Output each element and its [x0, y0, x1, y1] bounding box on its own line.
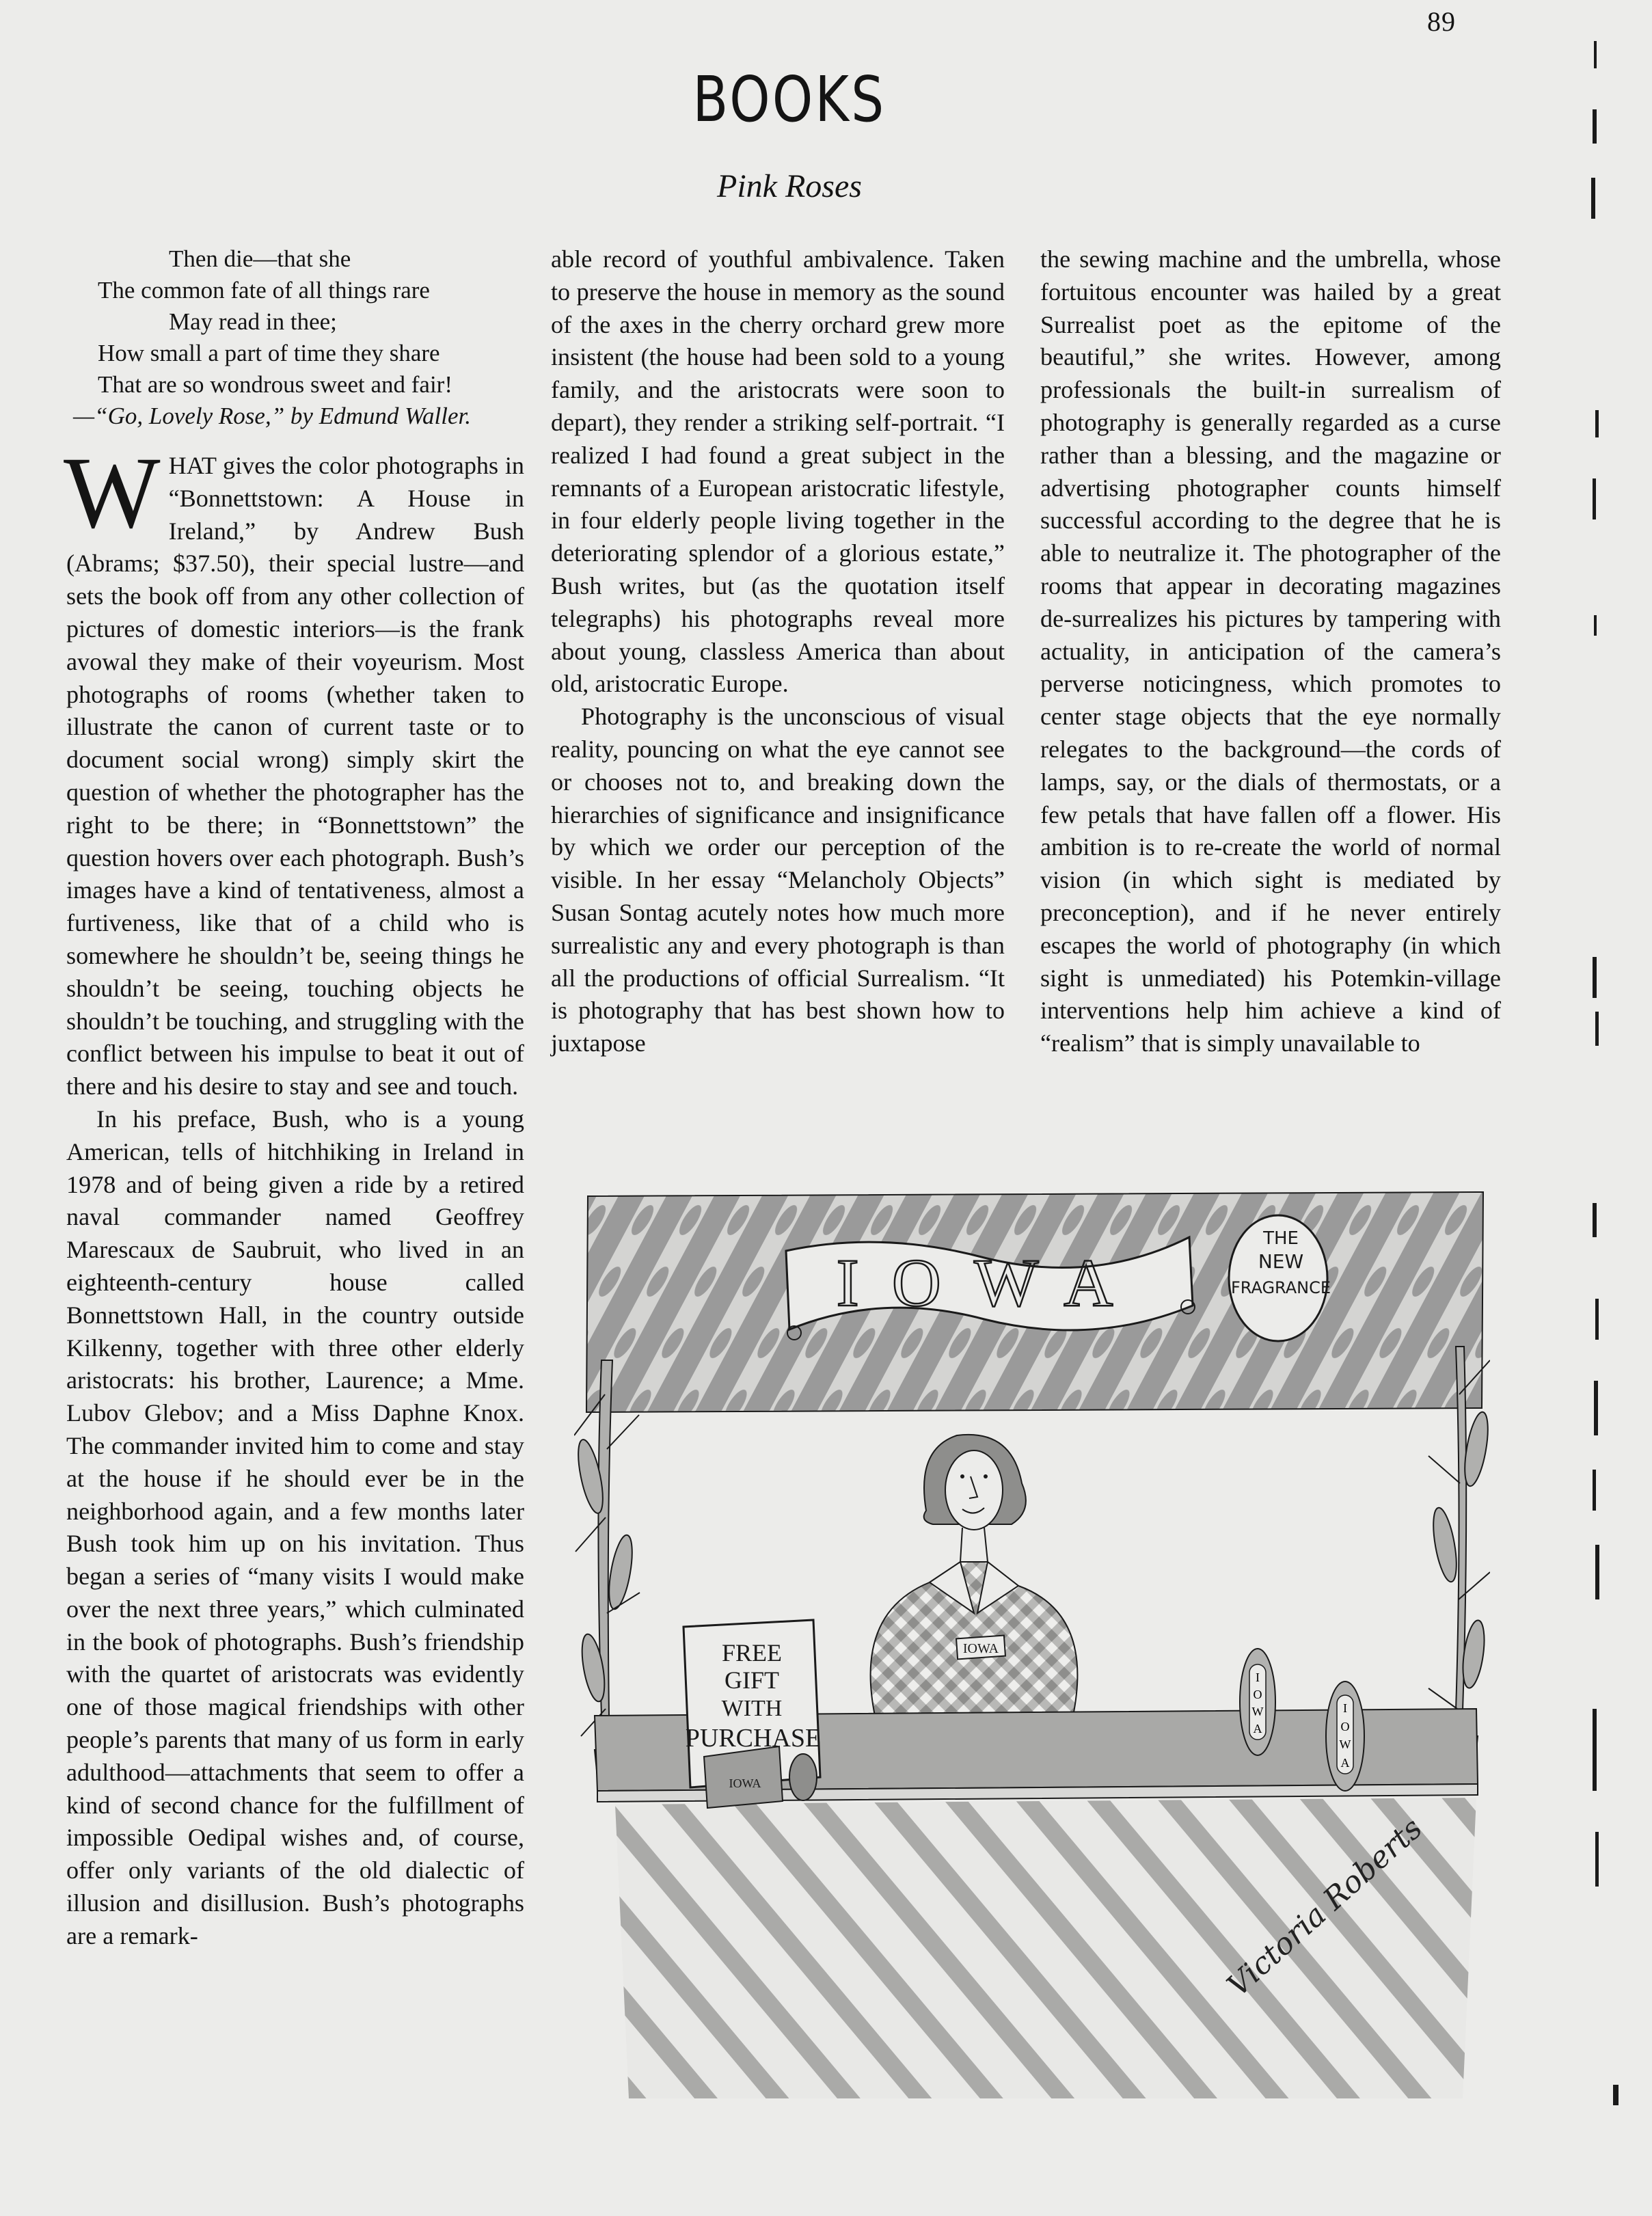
paragraph: Photography is the unconscious of visual…	[551, 701, 1005, 1060]
paragraph: the sewing machine and the umbrella, who…	[1040, 243, 1501, 1060]
paragraph: WHAT gives the color photographs in “Bon…	[66, 450, 524, 1103]
epigraph-line: How small a part of time they share	[66, 338, 526, 369]
name-tag-text: IOWA	[963, 1641, 999, 1656]
svg-text:THE: THE	[1262, 1228, 1299, 1249]
paragraph-text: HAT gives the color photographs in “Bonn…	[66, 452, 524, 1100]
article-title: Pink Roses	[642, 167, 936, 205]
epigraph-line: Then die—that she	[66, 243, 526, 275]
epigraph-line: May read in thee;	[66, 306, 526, 338]
svg-text:A: A	[1341, 1756, 1350, 1770]
paragraph: In his preface, Bush, who is a young Ame…	[66, 1103, 524, 1953]
svg-text:PURCHASE: PURCHASE	[686, 1724, 822, 1753]
section-title: BOOKS	[669, 63, 910, 136]
epigraph-line: That are so wondrous sweet and fair!	[66, 369, 526, 401]
svg-text:FREE: FREE	[722, 1639, 782, 1666]
column-1: WHAT gives the color photographs in “Bon…	[66, 450, 524, 1953]
epigraph-line: The common fate of all things rare	[66, 275, 526, 306]
svg-text:I: I	[1256, 1671, 1260, 1684]
svg-text:FRAGRANCE: FRAGRANCE	[1231, 1278, 1331, 1297]
svg-text:O: O	[1341, 1720, 1350, 1733]
svg-text:A: A	[1254, 1722, 1262, 1735]
svg-text:W: W	[1340, 1738, 1351, 1751]
drop-cap: W	[64, 452, 161, 533]
epigraph: Then die—that she The common fate of all…	[66, 243, 526, 432]
page-number: 89	[1427, 5, 1456, 38]
svg-text:GIFT: GIFT	[725, 1666, 779, 1694]
column-2: able record of youthful ambivalence. Tak…	[551, 243, 1005, 1060]
cartoon-illustration: IOWA THE NEW FRAGRANCE	[574, 1189, 1490, 2105]
svg-text:WITH: WITH	[722, 1696, 783, 1721]
banner-text: IOWA	[836, 1245, 1146, 1321]
paragraph: able record of youthful ambivalence. Tak…	[551, 243, 1005, 701]
column-3: the sewing machine and the umbrella, who…	[1040, 243, 1501, 1060]
svg-text:W: W	[1252, 1705, 1264, 1718]
scan-edge-marks	[1572, 0, 1652, 2216]
epigraph-attribution: —“Go, Lovely Rose,” by Edmund Waller.	[66, 401, 526, 432]
svg-text:I: I	[1343, 1701, 1347, 1715]
svg-text:O: O	[1254, 1688, 1262, 1701]
svg-text:NEW: NEW	[1258, 1250, 1303, 1273]
svg-text:IOWA: IOWA	[729, 1776, 761, 1790]
